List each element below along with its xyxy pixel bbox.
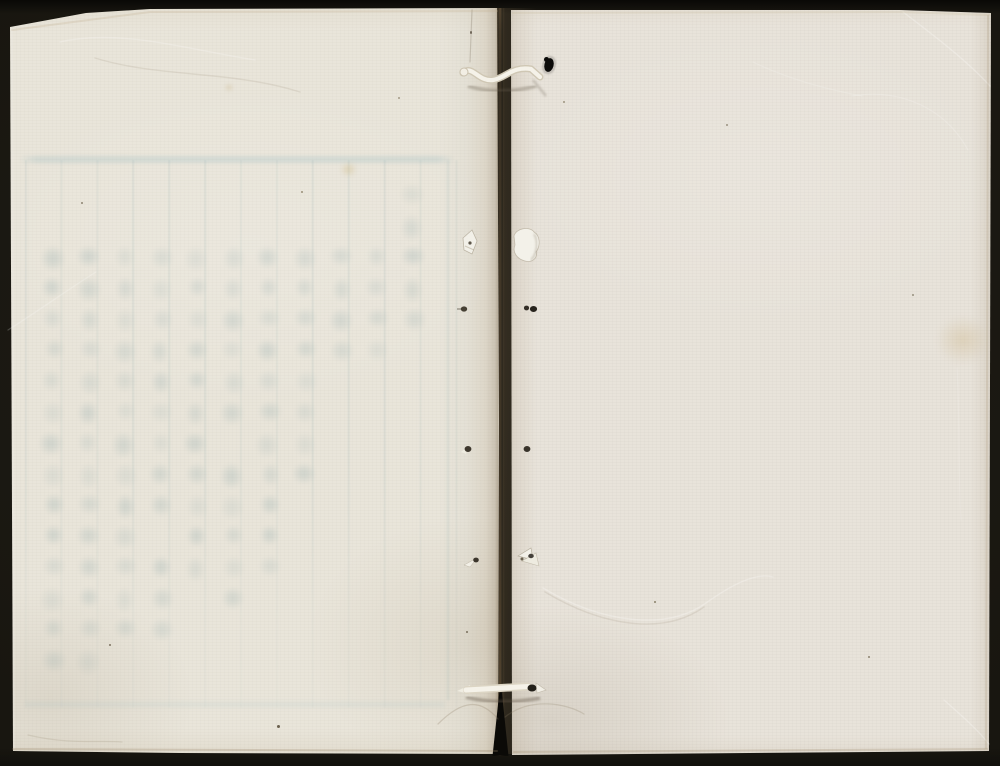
bleedthrough-text-block <box>25 152 455 714</box>
bleedthrough-glyph-blob <box>150 618 174 641</box>
bleedthrough-glyph-blob <box>78 401 98 425</box>
bleedthrough-glyph-blob <box>185 246 209 272</box>
bleedthrough-glyph-blob <box>187 370 207 390</box>
bleedthrough-glyph-blob <box>295 339 317 359</box>
bleedthrough-glyph-blob <box>188 525 207 547</box>
bleedthrough-glyph-blob <box>116 246 136 268</box>
bleedthrough-glyph-blob <box>114 556 138 576</box>
bleedthrough-glyph-blob <box>78 277 102 302</box>
paper-speck <box>470 31 472 34</box>
bleedthrough-glyph-blob <box>115 370 137 392</box>
bleedthrough-column <box>112 246 138 649</box>
bleedthrough-glyph-blob <box>224 246 246 271</box>
bleedthrough-glyph-blob <box>41 587 65 613</box>
bleedthrough-glyph-blob <box>401 246 425 266</box>
bleedthrough-glyph-blob <box>333 277 352 302</box>
bleedthrough-glyph-blob <box>150 463 172 485</box>
bleedthrough-glyph-blob <box>152 432 172 454</box>
bleedthrough-glyph-blob <box>77 246 100 267</box>
foxing-spot <box>340 162 357 177</box>
bleedthrough-column <box>256 246 282 587</box>
bleedthrough-glyph-blob <box>365 277 387 298</box>
bleedthrough-column <box>148 246 174 649</box>
bleedthrough-glyph-blob <box>78 432 97 453</box>
bleedthrough-glyph-blob <box>43 308 62 329</box>
bleedthrough-glyph-blob <box>222 308 246 333</box>
bleedthrough-glyph-blob <box>294 308 317 328</box>
bleedthrough-glyph-blob <box>221 339 243 360</box>
bleedthrough-glyph-blob <box>42 649 66 672</box>
paper-speck <box>109 644 111 646</box>
bleedthrough-glyph-blob <box>77 525 100 546</box>
bleedthrough-glyph-blob <box>188 494 209 519</box>
paper-speck <box>912 294 914 296</box>
bleedthrough-glyph-blob <box>116 308 137 333</box>
paper-speck <box>277 725 280 728</box>
bleedthrough-glyph-blob <box>292 463 316 484</box>
bleedthrough-gap <box>233 432 234 463</box>
bleedthrough-glyph-blob <box>403 308 426 331</box>
bleedthrough-glyph-blob <box>261 463 280 486</box>
bleedthrough-glyph-blob <box>43 556 65 576</box>
bleedthrough-glyph-blob <box>117 494 136 519</box>
bleedthrough-glyph-blob <box>187 463 209 485</box>
bleedthrough-glyph-blob <box>295 277 314 298</box>
bleedthrough-glyph-blob <box>116 277 135 301</box>
bleedthrough-frame-top <box>19 156 455 163</box>
foxing-stain <box>936 316 990 364</box>
foxing-spot <box>224 83 234 92</box>
bleedthrough-glyph-blob <box>79 556 101 578</box>
bleedthrough-glyph-blob <box>44 618 63 638</box>
bleedthrough-glyph-blob <box>187 308 209 331</box>
bleedthrough-glyph-blob <box>80 308 99 332</box>
paper-speck <box>726 124 728 126</box>
bleedthrough-glyph-blob <box>402 215 423 241</box>
bleedthrough-glyph-blob <box>187 339 209 361</box>
bleedthrough-glyph-blob <box>114 339 138 364</box>
paper-speck <box>868 656 870 658</box>
bleedthrough-glyph-blob <box>80 463 99 489</box>
bleedthrough-glyph-blob <box>259 401 283 422</box>
bleedthrough-glyph-blob <box>295 370 318 393</box>
bleedthrough-glyph-blob <box>367 339 389 361</box>
bleedthrough-frame-bottom <box>25 702 445 707</box>
bleedthrough-glyph-blob <box>152 556 172 578</box>
bleedthrough-glyph-blob <box>151 494 173 516</box>
bleedthrough-glyph-blob <box>330 339 354 362</box>
bleedthrough-glyph-blob <box>295 401 317 423</box>
bleedthrough-frame-right <box>447 160 449 700</box>
bleedthrough-glyph-blob <box>77 649 101 675</box>
bleedthrough-glyph-blob <box>113 525 137 549</box>
bleedthrough-glyph-blob <box>224 370 246 395</box>
bleedthrough-glyph-blob <box>221 494 245 520</box>
bleedthrough-glyph-blob <box>221 463 244 489</box>
bleedthrough-glyph-blob <box>259 556 281 576</box>
bleedthrough-gap <box>161 525 162 556</box>
bleedthrough-glyph-blob <box>400 184 424 205</box>
bleedthrough-glyph-blob <box>150 246 174 269</box>
bleedthrough-glyph-blob <box>256 432 280 458</box>
bleedthrough-glyph-blob <box>151 370 171 394</box>
bleedthrough-glyph-blob <box>367 246 386 267</box>
paper-speck <box>654 601 656 603</box>
gutter-fold-line <box>495 8 505 756</box>
bleedthrough-glyph-blob <box>404 277 423 303</box>
bleedthrough-column <box>220 246 246 618</box>
paper-speck <box>563 101 565 103</box>
bleedthrough-glyph-blob <box>366 308 389 328</box>
bleedthrough-glyph-blob <box>187 556 206 582</box>
bleedthrough-glyph-blob <box>42 401 64 425</box>
bleedthrough-glyph-blob <box>151 587 174 610</box>
bleedthrough-column <box>292 246 318 494</box>
bleedthrough-column <box>328 246 354 370</box>
bleedthrough-column <box>184 246 210 587</box>
bleedthrough-glyph-blob <box>42 246 66 271</box>
bleedthrough-column <box>76 246 102 680</box>
bleedthrough-glyph-blob <box>44 525 63 545</box>
bleedthrough-glyph-blob <box>259 277 278 298</box>
bleedthrough-glyph-blob <box>152 308 173 331</box>
bleedthrough-glyph-blob <box>184 432 208 455</box>
bleedthrough-glyph-blob <box>79 587 99 607</box>
bleedthrough-glyph-blob <box>295 432 317 457</box>
bleedthrough-glyph-blob <box>261 494 281 515</box>
bleedthrough-glyph-blob <box>115 463 139 488</box>
bleedthrough-glyph-blob <box>188 277 207 297</box>
bleedthrough-glyph-blob <box>116 587 135 613</box>
bleedthrough-glyph-blob <box>150 339 169 364</box>
bleedthrough-glyph-blob <box>294 246 318 271</box>
bleedthrough-glyph-blob <box>78 494 101 514</box>
book-photograph: Open spread of a traditional stitch-boun… <box>0 0 1000 766</box>
bleedthrough-glyph-blob <box>42 370 61 391</box>
bleedthrough-glyph-blob <box>257 308 281 328</box>
bleedthrough-glyph-blob <box>260 525 279 545</box>
bleedthrough-glyph-blob <box>150 401 174 423</box>
bleedthrough-glyph-blob <box>114 618 137 638</box>
bleedthrough-glyph-blob <box>40 432 64 455</box>
bleedthrough-glyph-blob <box>186 401 205 426</box>
bleedthrough-glyph-blob <box>223 587 245 609</box>
bleedthrough-glyph-blob <box>224 525 243 545</box>
paper-speck <box>398 97 400 99</box>
bleedthrough-glyph-blob <box>80 339 101 359</box>
bleedthrough-glyph-blob <box>257 339 280 362</box>
bleedthrough-glyph-blob <box>45 339 64 359</box>
bleedthrough-column <box>400 184 426 339</box>
bleedthrough-glyph-blob <box>223 556 245 579</box>
bleedthrough-glyph-blob <box>257 246 280 269</box>
bleedthrough-glyph-blob <box>43 463 65 488</box>
bleedthrough-column <box>40 246 66 680</box>
bleedthrough-glyph-blob <box>220 401 244 425</box>
paper-speck <box>466 631 468 633</box>
bleedthrough-glyph-blob <box>80 370 102 395</box>
bleedthrough-glyph-blob <box>329 246 353 266</box>
bleedthrough-glyph-blob <box>223 277 243 301</box>
bleedthrough-glyph-blob <box>113 432 136 458</box>
bleedthrough-glyph-blob <box>42 277 62 298</box>
bleedthrough-glyph-blob <box>151 277 173 302</box>
bleedthrough-glyph-blob <box>330 308 354 333</box>
bleedthrough-glyph-blob <box>79 618 101 638</box>
bleedthrough-glyph-blob <box>116 401 136 421</box>
paper-speck <box>81 202 83 204</box>
paper-speck <box>301 191 303 193</box>
bleedthrough-glyph-blob <box>258 370 281 392</box>
bleedthrough-glyph-blob <box>45 494 65 515</box>
photo-caption: Open spread of a traditional stitch-boun… <box>0 0 1 1</box>
bleedthrough-column <box>364 246 390 370</box>
bleedthrough-columns <box>25 152 455 714</box>
bleedthrough-column-rules <box>25 160 459 708</box>
